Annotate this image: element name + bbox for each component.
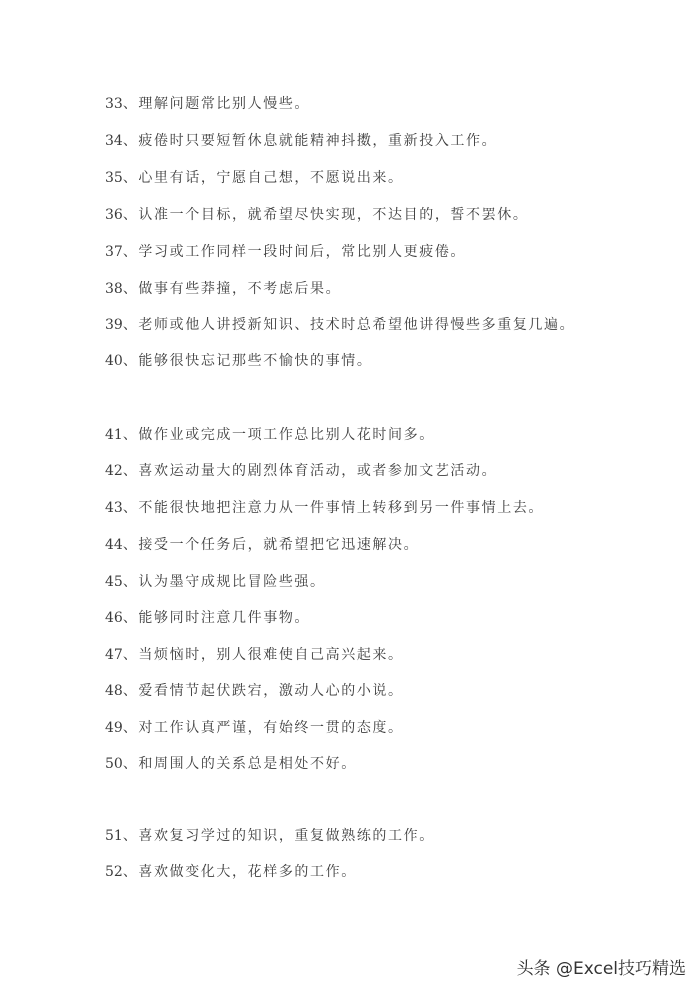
item-text: 、喜欢运动量大的剧烈体育活动，或者参加文艺活动。 <box>123 463 497 479</box>
questionnaire-item: 50、和周围人的关系总是相处不好。 <box>105 754 357 774</box>
item-text: 、疲倦时只要短暂休息就能精神抖擞，重新投入工作。 <box>123 133 497 149</box>
questionnaire-item: 44、接受一个任务后，就希望把它迅速解决。 <box>105 535 419 555</box>
item-text: 、当烦恼时，别人很难使自己高兴起来。 <box>123 647 404 663</box>
item-text: 、心里有话，宁愿自己想，不愿说出来。 <box>123 170 404 186</box>
item-number: 52 <box>105 864 123 880</box>
item-number: 36 <box>105 207 123 223</box>
questionnaire-item: 39、老师或他人讲授新知识、技术时总希望他讲得慢些多重复几遍。 <box>105 315 575 335</box>
item-text: 、喜欢做变化大，花样多的工作。 <box>123 864 357 880</box>
item-number: 44 <box>105 537 123 553</box>
item-number: 39 <box>105 317 123 333</box>
item-text: 、做事有些莽撞，不考虑后果。 <box>123 281 341 297</box>
item-text: 、不能很快地把注意力从一件事情上转移到另一件事情上去。 <box>123 500 544 516</box>
questionnaire-item: 35、心里有话，宁愿自己想，不愿说出来。 <box>105 168 404 188</box>
item-text: 、爱看情节起伏跌宕，激动人心的小说。 <box>123 683 404 699</box>
questionnaire-item: 41、做作业或完成一项工作总比别人花时间多。 <box>105 425 435 445</box>
questionnaire-item: 43、不能很快地把注意力从一件事情上转移到另一件事情上去。 <box>105 498 544 518</box>
item-text: 、认准一个目标，就希望尽快实现，不达目的，誓不罢休。 <box>123 207 529 223</box>
questionnaire-item: 48、爱看情节起伏跌宕，激动人心的小说。 <box>105 681 404 701</box>
watermark: 头条 @Excel技巧精选 <box>517 954 686 979</box>
item-number: 50 <box>105 756 123 772</box>
item-number: 51 <box>105 828 123 844</box>
questionnaire-item: 49、对工作认真严谨，有始终一贯的态度。 <box>105 718 404 738</box>
item-number: 41 <box>105 427 123 443</box>
questionnaire-item: 37、学习或工作同样一段时间后，常比别人更疲倦。 <box>105 242 466 262</box>
questionnaire-item: 45、认为墨守成规比冒险些强。 <box>105 572 326 592</box>
questionnaire-item: 52、喜欢做变化大，花样多的工作。 <box>105 862 357 882</box>
item-number: 40 <box>105 353 123 369</box>
item-text: 、对工作认真严谨，有始终一贯的态度。 <box>123 720 404 736</box>
item-number: 48 <box>105 683 123 699</box>
questionnaire-item: 47、当烦恼时，别人很难使自己高兴起来。 <box>105 645 404 665</box>
item-text: 、理解问题常比别人慢些。 <box>123 96 310 112</box>
item-number: 34 <box>105 133 123 149</box>
item-text: 、老师或他人讲授新知识、技术时总希望他讲得慢些多重复几遍。 <box>123 317 575 333</box>
questionnaire-item: 33、理解问题常比别人慢些。 <box>105 94 310 114</box>
item-number: 43 <box>105 500 123 516</box>
document-page: 33、理解问题常比别人慢些。 34、疲倦时只要短暂休息就能精神抖擞，重新投入工作… <box>0 0 700 990</box>
questionnaire-item: 42、喜欢运动量大的剧烈体育活动，或者参加文艺活动。 <box>105 461 497 481</box>
item-text: 、能够同时注意几件事物。 <box>123 610 310 626</box>
questionnaire-item: 36、认准一个目标，就希望尽快实现，不达目的，誓不罢休。 <box>105 205 528 225</box>
item-text: 、接受一个任务后，就希望把它迅速解决。 <box>123 537 419 553</box>
item-number: 47 <box>105 647 123 663</box>
questionnaire-item: 46、能够同时注意几件事物。 <box>105 608 310 628</box>
item-number: 37 <box>105 244 123 260</box>
item-number: 38 <box>105 281 123 297</box>
item-text: 、认为墨守成规比冒险些强。 <box>123 574 326 590</box>
questionnaire-item: 38、做事有些莽撞，不考虑后果。 <box>105 279 341 299</box>
item-text: 、学习或工作同样一段时间后，常比别人更疲倦。 <box>123 244 466 260</box>
questionnaire-item: 40、能够很快忘记那些不愉快的事情。 <box>105 351 372 371</box>
item-text: 、和周围人的关系总是相处不好。 <box>123 756 357 772</box>
item-text: 、能够很快忘记那些不愉快的事情。 <box>123 353 373 369</box>
item-number: 46 <box>105 610 123 626</box>
questionnaire-item: 51、喜欢复习学过的知识，重复做熟练的工作。 <box>105 826 435 846</box>
item-number: 42 <box>105 463 123 479</box>
questionnaire-item: 34、疲倦时只要短暂休息就能精神抖擞，重新投入工作。 <box>105 131 497 151</box>
item-text: 、喜欢复习学过的知识，重复做熟练的工作。 <box>123 828 435 844</box>
item-number: 35 <box>105 170 123 186</box>
item-text: 、做作业或完成一项工作总比别人花时间多。 <box>123 427 435 443</box>
item-number: 49 <box>105 720 123 736</box>
item-number: 33 <box>105 96 123 112</box>
item-number: 45 <box>105 574 123 590</box>
